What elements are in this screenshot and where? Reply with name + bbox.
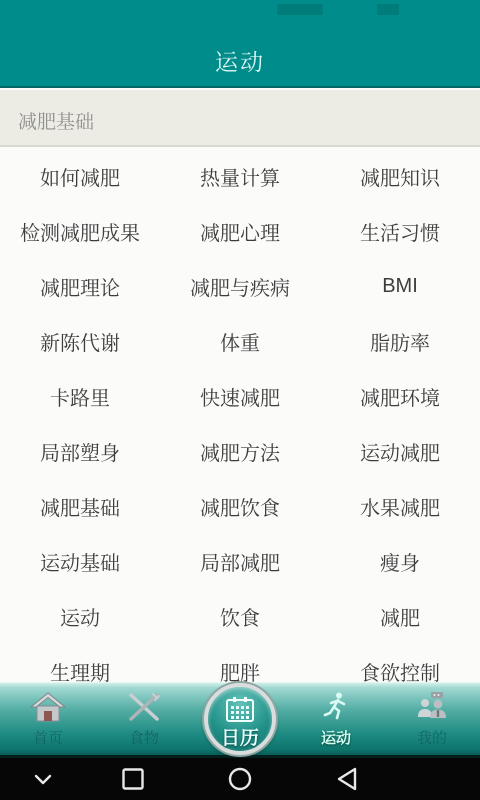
calendar-icon [225, 696, 255, 722]
grid-item[interactable]: 运动减肥 [320, 424, 480, 479]
grid-item[interactable]: 饮食 [160, 589, 320, 644]
grid-item[interactable]: 食欲控制 [320, 644, 480, 682]
home-circle-icon[interactable] [224, 758, 256, 800]
calendar-button[interactable]: 日历 [204, 683, 276, 755]
grid-item[interactable]: 减肥理论 [0, 259, 160, 314]
grid-item[interactable]: 减肥基础 [0, 479, 160, 534]
grid-item[interactable]: 热量计算 [160, 149, 320, 204]
tab-label-calendar: 日历 [221, 723, 259, 750]
tab-label-home: 首页 [33, 727, 63, 748]
tab-food[interactable]: 食物 [96, 683, 192, 755]
grid-item[interactable]: 检测减肥成果 [0, 204, 160, 259]
status-bar-mark [277, 4, 323, 15]
grid-item[interactable]: 减肥知识 [320, 149, 480, 204]
collapse-chevron-icon[interactable] [27, 758, 59, 800]
people-icon [414, 691, 450, 723]
grid-item[interactable]: 肥胖 [160, 644, 320, 682]
header: 运动 [0, 0, 480, 88]
home-icon [30, 691, 66, 723]
grid-item[interactable]: 新陈代谢 [0, 314, 160, 369]
grid-item[interactable]: 运动基础 [0, 534, 160, 589]
grid-item[interactable]: 生理期 [0, 644, 160, 682]
app-screen: 运动 减肥基础 如何减肥 热量计算 减肥知识 检测减肥成果 减肥心理 生活习惯 … [0, 0, 480, 800]
page-title: 运动 [0, 44, 480, 77]
grid-item[interactable]: 如何减肥 [0, 149, 160, 204]
grid-item[interactable]: 减肥与疾病 [160, 259, 320, 314]
tab-bar: 首页 食物 [0, 682, 480, 758]
tab-calendar[interactable]: 日历 [192, 683, 288, 755]
grid-item[interactable]: 减肥饮食 [160, 479, 320, 534]
tab-label-food: 食物 [129, 727, 159, 748]
tab-home[interactable]: 首页 [0, 683, 96, 755]
tab-sport[interactable]: 运动 [288, 683, 384, 755]
back-triangle-icon[interactable] [331, 758, 363, 800]
grid-item[interactable]: 脂肪率 [320, 314, 480, 369]
category-filter-value: 减肥基础 [18, 107, 94, 134]
grid-item[interactable]: 减肥方法 [160, 424, 320, 479]
grid-item[interactable]: 局部减肥 [160, 534, 320, 589]
grid-item[interactable]: 生活习惯 [320, 204, 480, 259]
grid-item[interactable]: 体重 [160, 314, 320, 369]
grid-item[interactable]: 减肥 [320, 589, 480, 644]
category-filter-bar[interactable]: 减肥基础 [0, 90, 480, 147]
tab-label-mine: 我的 [417, 727, 447, 748]
grid-item[interactable]: 卡路里 [0, 369, 160, 424]
grid-item[interactable]: 减肥环境 [320, 369, 480, 424]
android-nav-bar [0, 758, 480, 800]
grid-item[interactable]: 运动 [0, 589, 160, 644]
recents-square-icon[interactable] [117, 758, 149, 800]
grid-item[interactable]: BMI [320, 259, 480, 314]
grid-item[interactable]: 减肥心理 [160, 204, 320, 259]
grid-item[interactable]: 快速减肥 [160, 369, 320, 424]
food-icon [126, 691, 162, 723]
tab-label-sport: 运动 [321, 727, 351, 748]
tab-mine[interactable]: 我的 [384, 683, 480, 755]
grid-item[interactable]: 局部塑身 [0, 424, 160, 479]
runner-icon [320, 691, 352, 723]
status-bar-mark [377, 4, 399, 15]
grid-item[interactable]: 水果减肥 [320, 479, 480, 534]
grid-item[interactable]: 瘦身 [320, 534, 480, 589]
topic-grid[interactable]: 如何减肥 热量计算 减肥知识 检测减肥成果 减肥心理 生活习惯 减肥理论 减肥与… [0, 149, 480, 682]
